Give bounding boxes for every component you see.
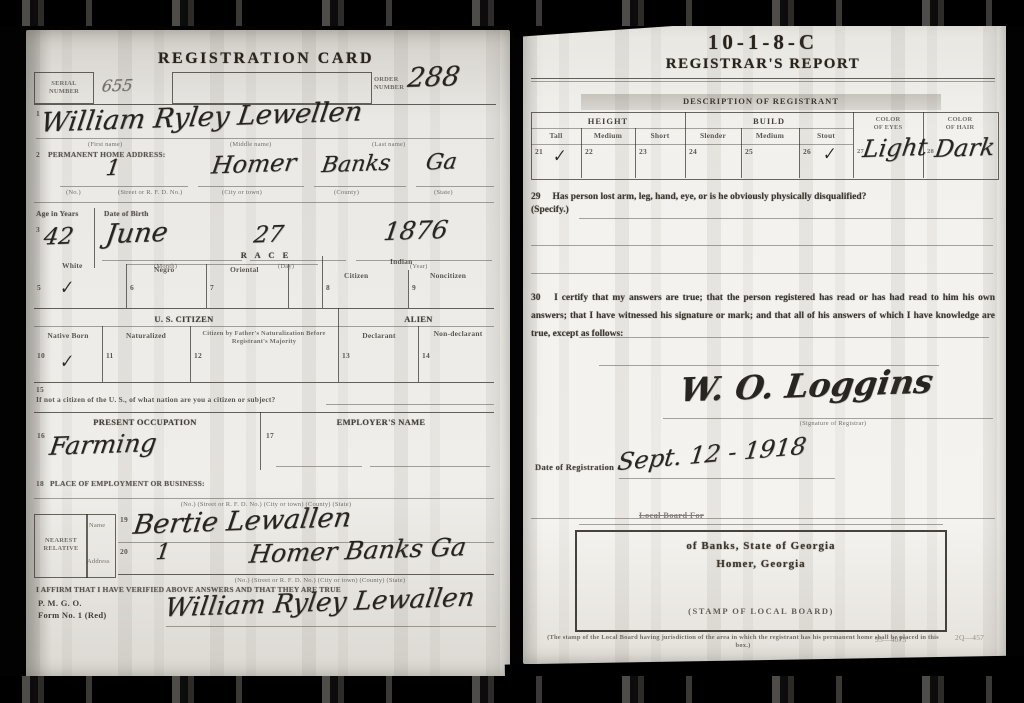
- scanned-draft-registration: REGISTRATION CARD SERIAL NUMBER 655 ORDE…: [0, 0, 1024, 703]
- q29-specify: (Specify.): [531, 204, 997, 216]
- q29-text: Has person lost arm, leg, hand, eye, or …: [553, 192, 867, 202]
- nearest-relative-label1: NEAREST: [35, 537, 87, 545]
- report-title: REGISTRAR'S REPORT: [613, 56, 913, 73]
- form-print-code-1: 95—4075: [875, 636, 906, 645]
- stamp-caption: (STAMP OF LOCAL BOARD): [577, 606, 945, 616]
- question-30: 30 I certify that my answers are true; t…: [531, 287, 995, 341]
- form-id-line2: Form No. 1 (Red): [38, 610, 107, 620]
- rule: [34, 202, 494, 203]
- declarant-number: 13: [342, 352, 350, 361]
- race-indian-noncitizen-number: 9: [412, 284, 416, 293]
- name-line-number: 1: [36, 110, 40, 119]
- color-of-hair-header: COLOR OF HAIR: [923, 116, 997, 131]
- build-medium-number: 25: [745, 148, 753, 157]
- serial-number-value: 655: [101, 75, 134, 95]
- occupation-handwriting: Farming: [48, 428, 159, 461]
- hair-header-line2: OF HAIR: [946, 124, 975, 131]
- rule: [338, 308, 339, 382]
- order-number-label: ORDER NUMBER: [374, 76, 404, 91]
- sublabel-year: (Year): [410, 263, 428, 271]
- stamp-of-local-board-box: of Banks, State of Georgia Homer, Georgi…: [575, 530, 947, 632]
- age-line-number: 3: [36, 226, 40, 235]
- rule: [34, 326, 494, 327]
- present-occupation-header: PRESENT OCCUPATION: [34, 417, 256, 427]
- rule: [370, 466, 490, 467]
- rule: [579, 337, 989, 338]
- us-citizen-header: U. S. CITIZEN: [34, 314, 334, 324]
- stamp-line1: of Banks, State of Georgia: [577, 540, 945, 552]
- native-born-checkmark: ✓: [59, 350, 74, 373]
- q30-text: I certify that my answers are true; that…: [531, 293, 995, 339]
- relative-name-number: 19: [120, 516, 128, 525]
- race-negro-number: 6: [130, 284, 134, 293]
- nearest-relative-label2: RELATIVE: [35, 545, 87, 553]
- rule: [166, 626, 496, 627]
- rule: [34, 308, 494, 309]
- serial-label-line1: SERIAL: [35, 80, 93, 88]
- alien-header: ALIEN: [341, 314, 496, 324]
- stout-number: 26: [803, 148, 811, 157]
- rule: [579, 218, 993, 219]
- stout-label: Stout: [799, 132, 853, 141]
- sublabel-city: (City or town): [222, 189, 262, 197]
- employers-name-header: EMPLOYER'S NAME: [266, 417, 496, 427]
- employer-number: 17: [266, 432, 274, 441]
- race-indian-citizen-number: 8: [326, 284, 330, 293]
- build-medium-label: Medium: [741, 132, 799, 141]
- height-header: HEIGHT: [531, 116, 685, 126]
- signature-of-registrar-caption: (Signature of Registrar): [773, 420, 893, 428]
- rule: [34, 412, 494, 413]
- relative-address-no-handwriting: 1: [154, 540, 172, 565]
- non-declarant-label: Non-declarant: [420, 330, 496, 339]
- tall-number: 21: [535, 148, 543, 157]
- form-print-code-2: 2Q—457: [955, 634, 984, 643]
- rule: [190, 326, 191, 382]
- film-strip-bottom: [0, 676, 1024, 703]
- naturalized-label: Naturalized: [104, 332, 188, 341]
- rule: [531, 245, 993, 246]
- short-label: Short: [635, 132, 685, 141]
- race-indian-label: Indian: [390, 258, 412, 267]
- rule: [276, 466, 362, 467]
- citizen-by-father-number: 12: [194, 352, 202, 361]
- rule: [118, 574, 494, 575]
- nearest-relative-box: NEAREST RELATIVE: [34, 514, 88, 578]
- citizen-by-father-label: Citizen by Father's Naturalization Befor…: [194, 330, 334, 345]
- registration-date-handwriting: Sept. 12 - 1918: [616, 432, 808, 476]
- serial-number-box: SERIAL NUMBER: [34, 72, 94, 104]
- form-id-line1: P. M. G. O.: [38, 598, 82, 608]
- rule: [198, 186, 304, 187]
- height-medium-label: Medium: [581, 132, 635, 141]
- question-29: 29 Has person lost arm, leg, hand, eye, …: [531, 186, 997, 216]
- race-negro-label: Negro: [154, 266, 174, 275]
- description-of-registrant-header: DESCRIPTION OF REGISTRANT: [581, 94, 941, 110]
- address-city-handwriting: Homer: [210, 149, 298, 180]
- rule: [34, 498, 494, 499]
- relative-name-label: Name: [89, 522, 105, 530]
- slender-number: 24: [689, 148, 697, 157]
- order-number-value: 288: [406, 61, 462, 94]
- stamp-line2: Homer, Georgia: [577, 558, 945, 570]
- eyes-header-line2: OF EYES: [874, 124, 903, 131]
- eyes-header-line1: COLOR: [876, 116, 901, 123]
- age-value-handwriting: 42: [42, 223, 75, 250]
- relative-name-handwriting: Bertie Lewallen: [131, 502, 353, 541]
- rule: [531, 144, 853, 145]
- address-county-handwriting: Banks: [320, 151, 392, 178]
- card-title: REGISTRATION CARD: [116, 50, 416, 68]
- rule: [356, 260, 492, 261]
- rule: [288, 264, 289, 308]
- sublabel-no: (No.): [66, 189, 81, 197]
- build-header: BUILD: [685, 116, 853, 126]
- line15-text: If not a citizen of the U. S., of what n…: [36, 396, 326, 405]
- rule: [34, 382, 494, 383]
- rule: [418, 326, 419, 382]
- relative-address-label: Address: [87, 558, 110, 566]
- address-state-handwriting: Ga: [424, 149, 458, 175]
- relative-address-handwriting: Homer Banks Ga: [247, 532, 468, 569]
- race-header: R A C E: [206, 250, 326, 260]
- report-form-code: 10-1-8-C: [613, 30, 913, 55]
- native-born-label: Native Born: [34, 332, 102, 341]
- line18-text: PLACE OF EMPLOYMENT OR BUSINESS:: [50, 480, 205, 489]
- address-no-handwriting: 1: [104, 156, 122, 181]
- short-number: 23: [639, 148, 647, 157]
- dob-month-handwriting: June: [104, 217, 170, 250]
- race-oriental-label: Oriental: [230, 266, 259, 275]
- rule: [531, 78, 995, 79]
- occupation-number: 16: [37, 432, 45, 441]
- registrars-report-card: 10-1-8-C REGISTRAR'S REPORT DESCRIPTION …: [523, 16, 1006, 664]
- sublabel-last-name: (Last name): [372, 141, 405, 149]
- sublabel-first-name: (First name): [88, 141, 122, 149]
- hair-number: 28: [927, 148, 934, 156]
- race-white-number: 5: [37, 284, 41, 293]
- relative-address-number: 20: [120, 548, 128, 557]
- rule: [314, 186, 406, 187]
- rule: [408, 270, 409, 308]
- line15-number: 15: [36, 386, 44, 395]
- rule: [326, 404, 494, 405]
- rule: [322, 256, 323, 308]
- race-white-label: White: [62, 262, 83, 271]
- rule: [126, 264, 127, 308]
- rule: [531, 273, 993, 274]
- non-declarant-number: 14: [422, 352, 430, 361]
- naturalized-number: 11: [106, 352, 114, 361]
- rule: [126, 264, 318, 265]
- rule: [663, 418, 993, 419]
- sublabel-state: (State): [434, 189, 453, 197]
- rule: [416, 186, 494, 187]
- rule: [102, 326, 103, 382]
- serial-label-line2: NUMBER: [35, 88, 93, 96]
- rule: [250, 260, 346, 261]
- age-label: Age in Years: [36, 210, 94, 219]
- registration-card: REGISTRATION CARD SERIAL NUMBER 655 ORDE…: [26, 30, 510, 678]
- film-strip-top: [0, 0, 1024, 26]
- stout-checkmark: ✓: [822, 143, 837, 165]
- sublabel-county: (County): [334, 189, 359, 197]
- order-label-line1: ORDER: [374, 76, 404, 84]
- q30-number: 30: [531, 293, 541, 303]
- rule: [94, 208, 95, 268]
- rule: [619, 478, 835, 479]
- rule: [60, 186, 188, 187]
- order-label-line2: NUMBER: [374, 84, 404, 92]
- tall-label: Tall: [531, 132, 581, 141]
- hair-header-line1: COLOR: [948, 116, 973, 123]
- local-board-line: Local Board For: [639, 510, 704, 520]
- slender-label: Slender: [685, 132, 741, 141]
- date-of-registration-label: Date of Registration: [535, 462, 614, 472]
- race-indian-citizen-label: Citizen: [344, 272, 368, 281]
- address-line-number: 2: [36, 151, 40, 160]
- rule: [531, 128, 853, 129]
- race-white-checkmark: ✓: [59, 276, 74, 299]
- race-oriental-number: 7: [210, 284, 214, 293]
- declarant-label: Declarant: [341, 332, 417, 341]
- race-indian-noncitizen-label: Noncitizen: [430, 272, 466, 281]
- sublabel-street: (Street or R. F. D. No.): [118, 189, 182, 197]
- hair-color-handwriting: Dark: [933, 133, 997, 163]
- rule: [531, 518, 995, 519]
- native-born-number: 10: [37, 352, 45, 361]
- rule: [579, 524, 943, 525]
- color-of-eyes-header: COLOR OF EYES: [853, 116, 923, 131]
- registrar-signature-handwriting: W. O. Loggins: [678, 362, 936, 410]
- height-medium-number: 22: [585, 148, 593, 157]
- dob-year-handwriting: 1876: [382, 215, 450, 246]
- rule: [206, 264, 207, 308]
- sublabel-middle-name: (Middle name): [230, 141, 271, 149]
- line18-number: 18: [36, 480, 44, 489]
- rule: [102, 260, 242, 261]
- tall-checkmark: ✓: [552, 145, 567, 167]
- rule: [531, 81, 995, 82]
- eyes-color-handwriting: Light: [861, 133, 929, 163]
- q29-number: 29: [531, 192, 541, 202]
- rule: [36, 138, 494, 139]
- rule: [260, 412, 261, 470]
- dob-day-handwriting: 27: [252, 221, 285, 248]
